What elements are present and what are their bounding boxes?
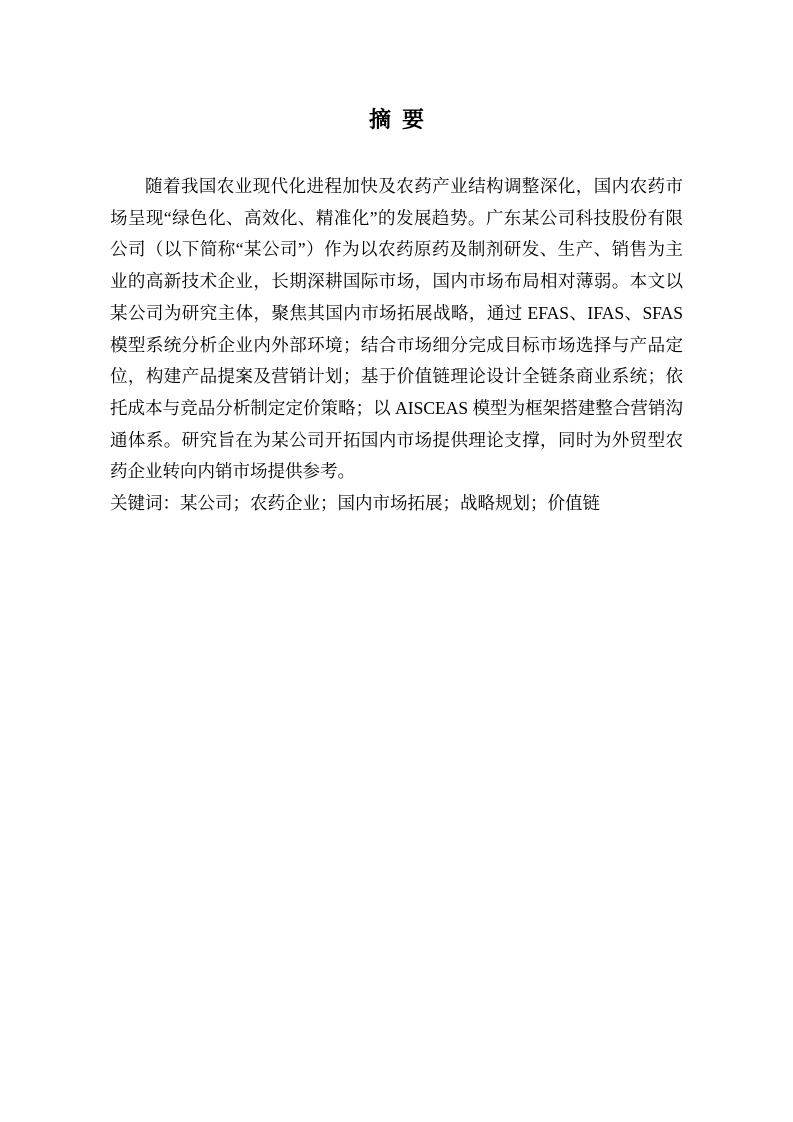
abstract-paragraph: 随着我国农业现代化进程加快及农药产业结构调整深化，国内农药市场呈现“绿色化、高效… — [110, 171, 683, 488]
page-title: 摘 要 — [110, 104, 683, 136]
document-page: 摘 要 随着我国农业现代化进程加快及农药产业结构调整深化，国内农药市场呈现“绿色… — [0, 0, 793, 1122]
keywords-line: 关键词：某公司；农药企业；国内市场拓展；战略规划；价值链 — [110, 488, 683, 520]
